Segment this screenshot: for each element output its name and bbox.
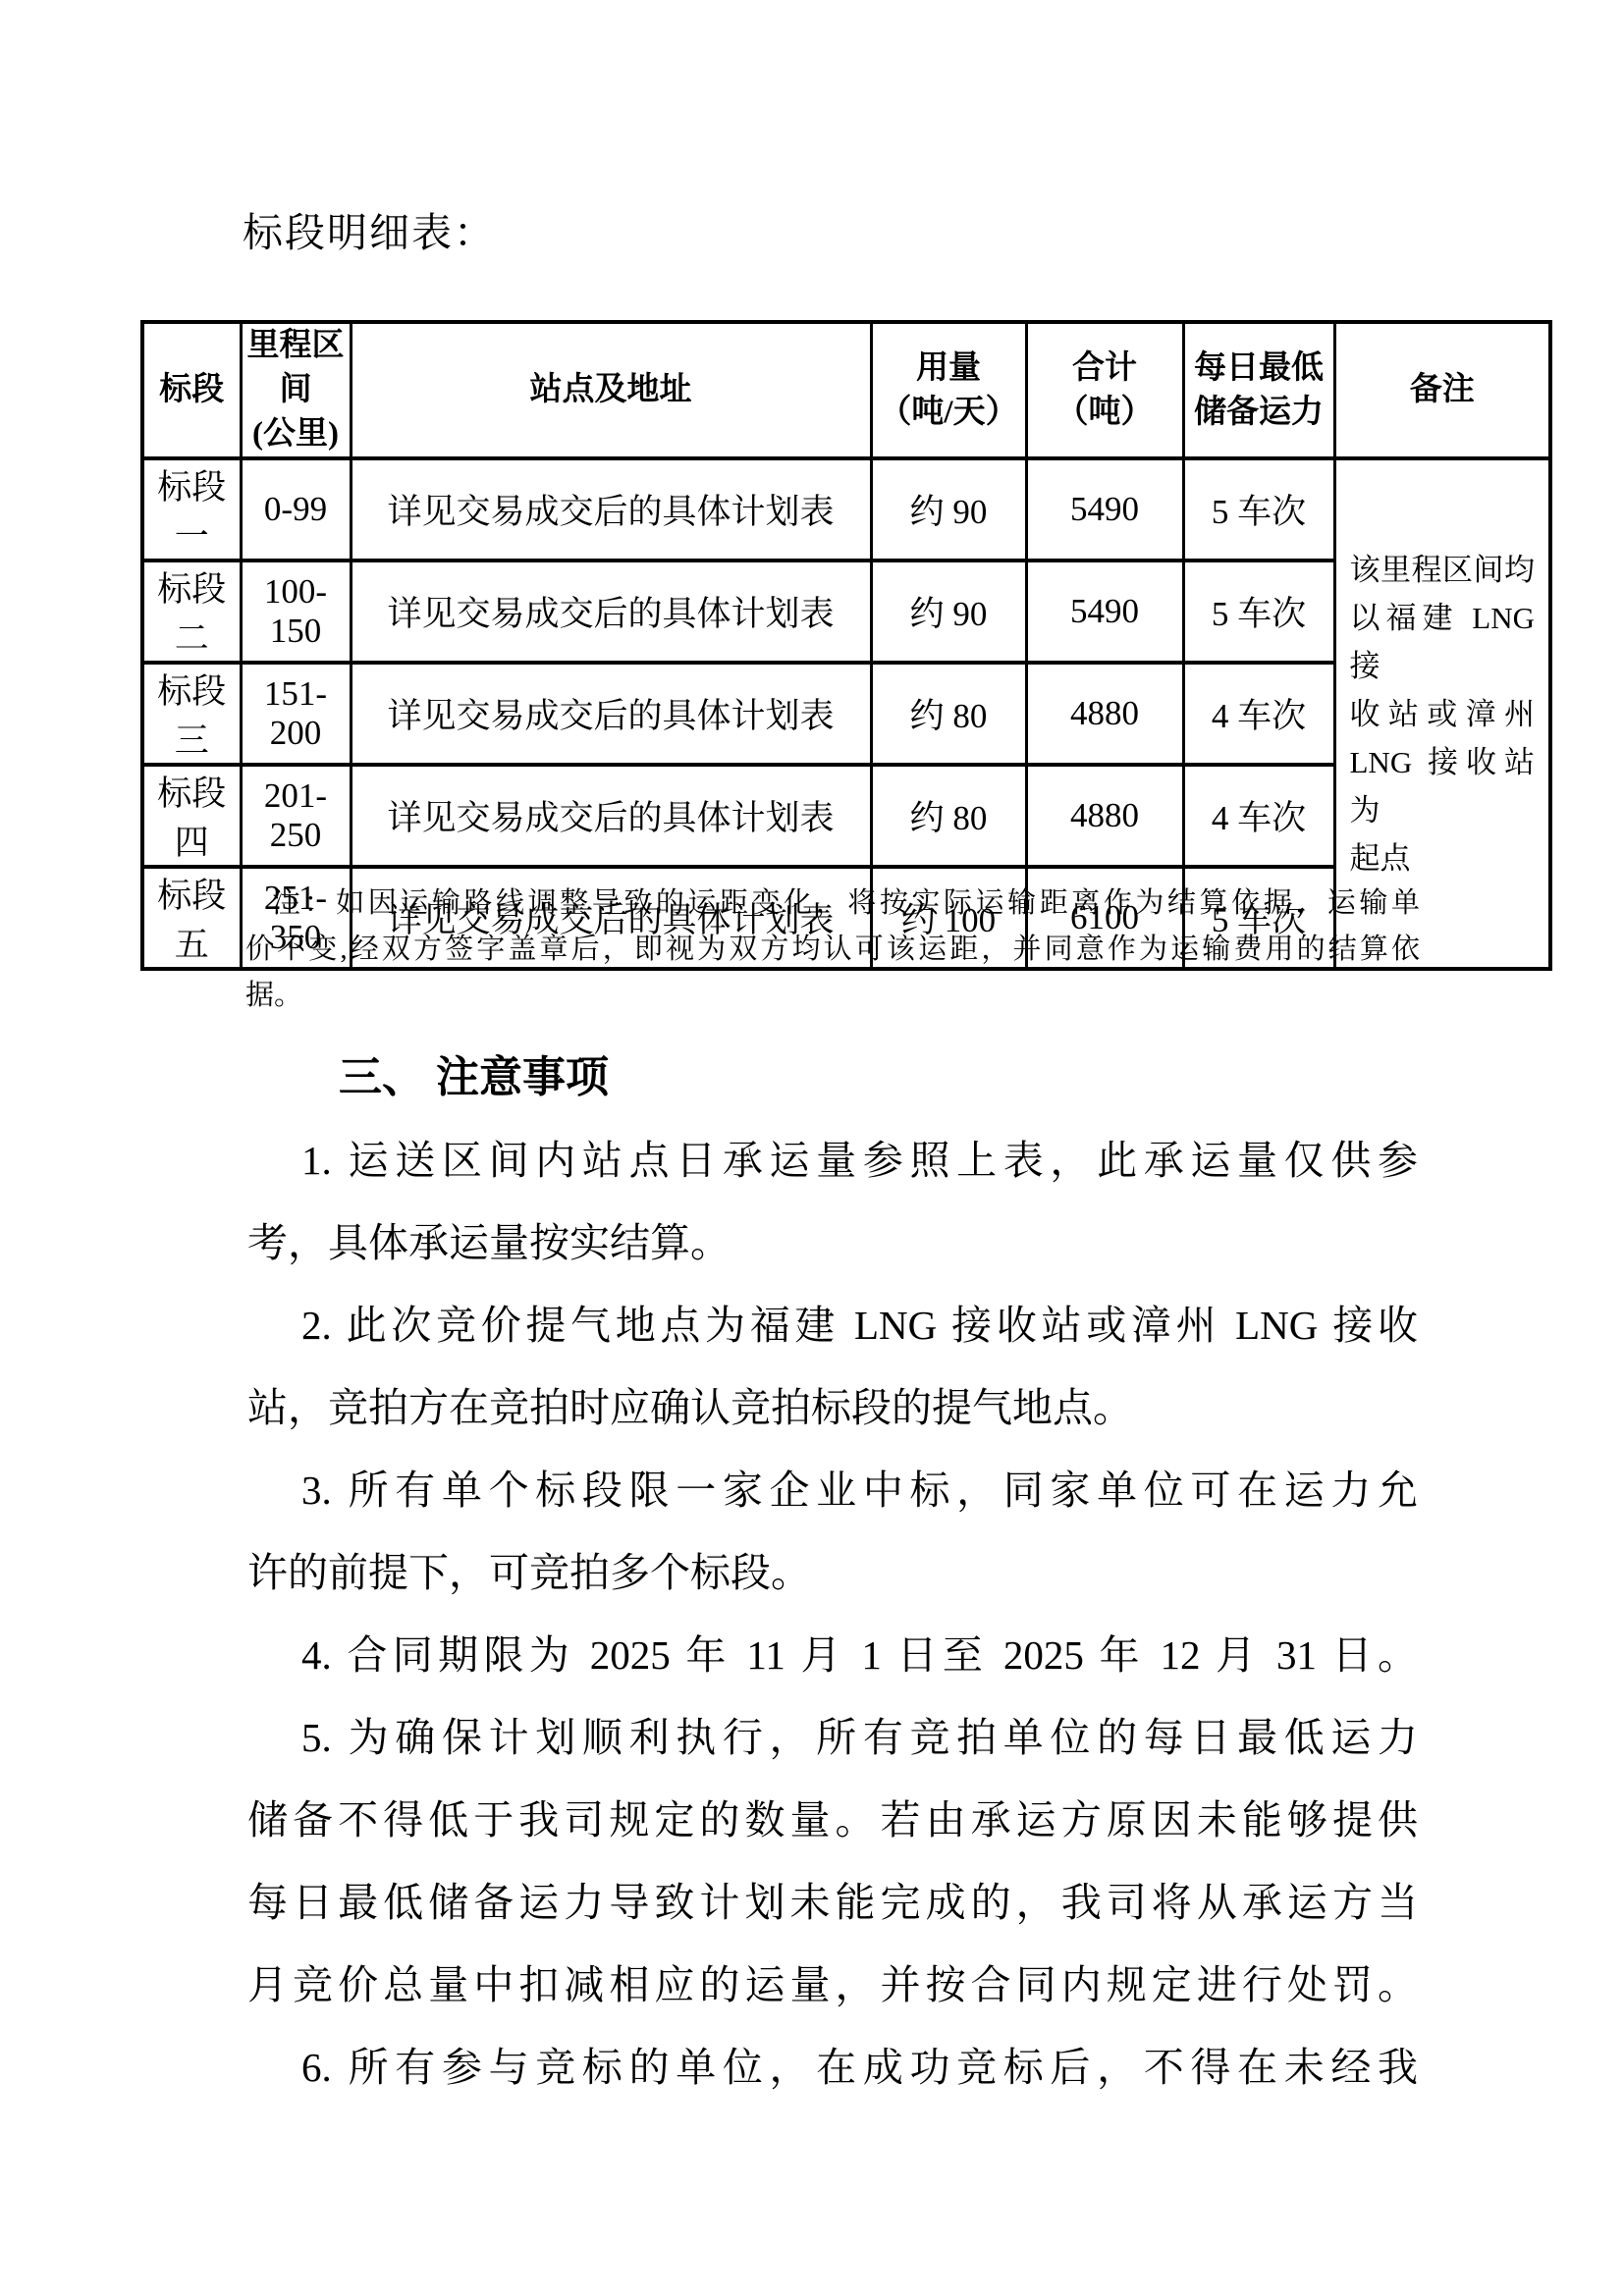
col-header-total: 合计 （吨） xyxy=(1026,322,1183,458)
cell-daily-usage: 约 80 xyxy=(871,663,1026,765)
col-header-remark: 备注 xyxy=(1334,322,1550,458)
notice-item-2-line: 站，竞拍方在竞拍时应确认竞拍标段的提气地点。 xyxy=(247,1366,1418,1449)
header-line: 里程区间 xyxy=(243,324,350,412)
cell-section: 标段四 xyxy=(142,765,241,867)
notice-heading: 三、 注意事项 xyxy=(247,1037,1418,1119)
table-title: 标段明细表： xyxy=(243,200,496,258)
col-header-station: 站点及地址 xyxy=(351,322,871,458)
cell-range: 0-99 xyxy=(241,458,351,561)
col-header-section: 标段 xyxy=(142,322,241,458)
footnote-line: 注：如因运输路线调整导致的运距变化，将按实际运输距离作为结算依据，运输单 xyxy=(245,881,1420,927)
cell-capacity: 4 车次 xyxy=(1183,765,1334,867)
notice-item-3-line: 许的前提下，可竞拍多个标段。 xyxy=(247,1531,1418,1614)
notice-item-4-line: 4. 合同期限为 2025 年 11 月 1 日至 2025 年 12 月 31… xyxy=(247,1614,1418,1696)
table-footnote: 注：如因运输路线调整导致的运距变化，将按实际运输距离作为结算依据，运输单 价不变… xyxy=(245,881,1420,1019)
cell-station: 详见交易成交后的具体计划表 xyxy=(351,458,871,561)
cell-section: 标段一 xyxy=(142,458,241,561)
footnote-line: 价不变,经双方签字盖章后，即视为双方均认可该运距，并同意作为运输费用的结算依 xyxy=(245,927,1420,973)
notice-item-5-line: 储备不得低于我司规定的数量。若由承运方原因未能够提供 xyxy=(247,1779,1418,1861)
header-line: (公里) xyxy=(243,412,350,456)
header-line: 站点及地址 xyxy=(352,368,870,412)
cell-capacity: 4 车次 xyxy=(1183,663,1334,765)
remark-line: 收站或漳州 xyxy=(1350,690,1536,738)
cell-range: 201-250 xyxy=(241,765,351,867)
cell-station: 详见交易成交后的具体计划表 xyxy=(351,663,871,765)
cell-section: 标段三 xyxy=(142,663,241,765)
cell-daily-usage: 约 90 xyxy=(871,458,1026,561)
notice-item-6-line: 6. 所有参与竞标的单位，在成功竞标后，不得在未经我 xyxy=(247,2026,1418,2109)
bid-sections-table: 标段 里程区间 (公里) 站点及地址 用量 （吨/天） 合计 （吨） xyxy=(140,320,1552,971)
remark-line: 起点 xyxy=(1350,834,1536,882)
cell-range: 100-150 xyxy=(241,561,351,663)
col-header-min-capacity: 每日最低 储备运力 xyxy=(1183,322,1334,458)
notice-item-1-line: 1. 运送区间内站点日承运量参照上表，此承运量仅供参 xyxy=(247,1119,1418,1201)
remark-line: 以福建 LNG 接 xyxy=(1350,594,1536,690)
notice-item-1-line: 考，具体承运量按实结算。 xyxy=(247,1201,1418,1284)
cell-range: 151-200 xyxy=(241,663,351,765)
cell-station: 详见交易成交后的具体计划表 xyxy=(351,765,871,867)
header-line: 备注 xyxy=(1336,368,1549,412)
header-line: 标段 xyxy=(144,368,240,412)
col-header-range: 里程区间 (公里) xyxy=(241,322,351,458)
cell-daily-usage: 约 90 xyxy=(871,561,1026,663)
cell-section: 标段二 xyxy=(142,561,241,663)
header-line: 用量 xyxy=(873,347,1025,391)
cell-station: 详见交易成交后的具体计划表 xyxy=(351,561,871,663)
cell-total: 4880 xyxy=(1026,663,1183,765)
header-line: 每日最低 xyxy=(1185,347,1333,391)
cell-total: 5490 xyxy=(1026,561,1183,663)
document-page: 标段明细表： 标段 里程区间 (公里) 站点及地址 xyxy=(0,0,1624,2296)
header-line: 合计 xyxy=(1028,347,1182,391)
cell-capacity: 5 车次 xyxy=(1183,458,1334,561)
cell-capacity: 5 车次 xyxy=(1183,561,1334,663)
notice-section: 三、 注意事项 1. 运送区间内站点日承运量参照上表，此承运量仅供参 考，具体承… xyxy=(247,1037,1418,2109)
remark-line: LNG 接收站为 xyxy=(1350,738,1536,834)
table-row: 标段一 0-99 详见交易成交后的具体计划表 约 90 5490 5 车次 该里… xyxy=(142,458,1550,561)
header-row: 标段 里程区间 (公里) 站点及地址 用量 （吨/天） 合计 （吨） xyxy=(142,322,1550,458)
footnote-line: 据。 xyxy=(245,973,1420,1019)
cell-daily-usage: 约 80 xyxy=(871,765,1026,867)
notice-item-3-line: 3. 所有单个标段限一家企业中标，同家单位可在运力允 xyxy=(247,1449,1418,1531)
remark-line: 该里程区间均 xyxy=(1350,546,1536,594)
notice-item-5-line: 月竞价总量中扣减相应的运量，并按合同内规定进行处罚。 xyxy=(247,1944,1418,2026)
col-header-daily-usage: 用量 （吨/天） xyxy=(871,322,1026,458)
notice-item-5-line: 每日最低储备运力导致计划未能完成的，我司将从承运方当 xyxy=(247,1861,1418,1944)
header-line: （吨/天） xyxy=(873,391,1025,435)
cell-total: 4880 xyxy=(1026,765,1183,867)
cell-total: 5490 xyxy=(1026,458,1183,561)
header-line: （吨） xyxy=(1028,391,1182,435)
header-line: 储备运力 xyxy=(1185,391,1333,435)
cell-section: 标段五 xyxy=(142,867,241,969)
notice-item-5-line: 5. 为确保计划顺利执行，所有竞拍单位的每日最低运力 xyxy=(247,1696,1418,1779)
notice-item-2-line: 2. 此次竞价提气地点为福建 LNG 接收站或漳州 LNG 接收 xyxy=(247,1284,1418,1366)
